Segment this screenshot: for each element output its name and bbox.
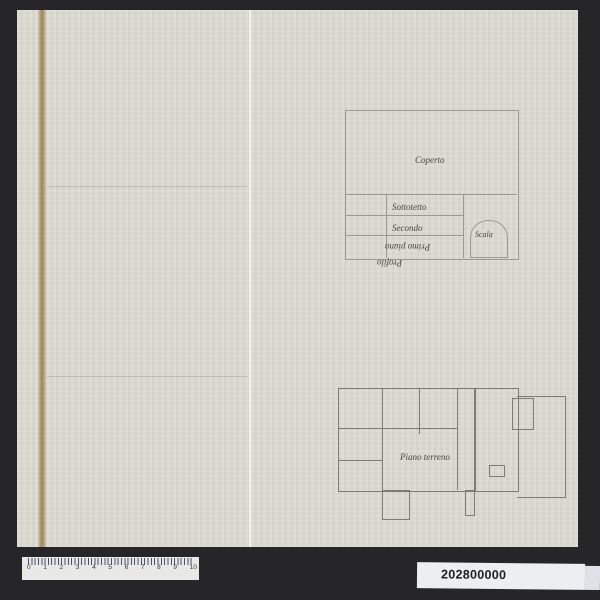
wall	[338, 428, 457, 429]
label-stair: Scala	[475, 230, 493, 239]
horizontal-fold-line	[47, 186, 247, 187]
annex	[517, 396, 566, 498]
label-tail	[585, 566, 600, 590]
wall	[338, 460, 382, 461]
catalog-label: 202800000	[417, 562, 585, 590]
label-roof: Coperto	[415, 155, 445, 165]
binding-stain	[38, 10, 46, 547]
horizontal-fold-line	[47, 376, 247, 377]
stair	[489, 465, 505, 477]
label-profile: Profilo	[377, 258, 402, 268]
label-ground-floor: Piano terreno	[400, 452, 450, 462]
floor-line	[345, 194, 517, 195]
steps	[465, 490, 475, 516]
plan-outline	[338, 388, 476, 492]
vertical-fold-line	[249, 10, 251, 547]
document-sheet: Coperto Sottotetto Secondo Primo piano P…	[17, 10, 578, 547]
wall-line	[463, 194, 464, 258]
label-attic: Sottotetto	[392, 202, 427, 212]
label-second-floor: Secondo	[392, 223, 423, 233]
catalog-number: 202800000	[441, 567, 506, 582]
ruler-numbers: 0 1 2 3 4 5 6 7 8 9 10	[27, 564, 197, 571]
porch	[382, 490, 410, 520]
wall	[382, 388, 383, 490]
measurement-ruler: 0 1 2 3 4 5 6 7 8 9 10	[22, 557, 199, 580]
floor-line	[345, 235, 463, 236]
arch	[470, 220, 508, 258]
label-first-floor: Primo piano	[385, 242, 430, 252]
wall	[457, 388, 458, 490]
floor-line	[345, 215, 463, 216]
